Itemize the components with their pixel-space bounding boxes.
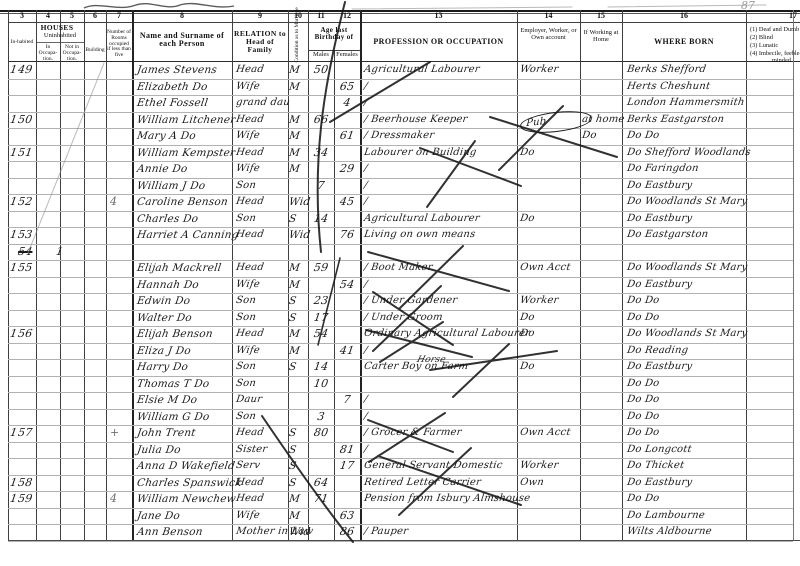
where-born-value: Do Faringdon xyxy=(626,161,752,178)
table-row: 1 51 William Kempster Head M 34 Labourer… xyxy=(8,145,793,163)
relation-value: Son xyxy=(235,376,291,393)
where-born-value: Do Eastbury xyxy=(626,277,752,294)
relation-header: RELATION to Head of Family xyxy=(234,30,286,54)
pencil-mark xyxy=(110,79,132,96)
employer-value: Own Acct xyxy=(519,425,581,442)
occupation-value: / Under Groom xyxy=(363,310,523,327)
where-born-value: Do Lambourne xyxy=(626,508,752,525)
person-name: John Trent xyxy=(136,425,234,442)
schedule-number: 54 xyxy=(17,244,49,261)
schedule-number xyxy=(17,310,49,327)
person-name: Harry Do xyxy=(136,359,234,376)
pencil-mark xyxy=(110,161,132,178)
where-born-value: Berks Eastgarston xyxy=(626,112,752,129)
at-home-value xyxy=(581,293,623,310)
in-occupation-header: In Occupa-tion. xyxy=(37,45,59,62)
relation-value: Son xyxy=(235,310,291,327)
condition-value: M xyxy=(288,343,310,360)
table-row: Hannah Do Wife M 54 / Do Eastbury xyxy=(8,277,793,295)
table-row: Ethel Fossell grand dau 4 / London Hamme… xyxy=(8,95,793,113)
person-name: Julia Do xyxy=(136,442,234,459)
table-row: 1 58 Charles Spanswick Head S 64 Retired… xyxy=(8,475,793,493)
relation-value: Son xyxy=(235,211,291,228)
schedule-number xyxy=(17,409,49,426)
uninhabited-mark xyxy=(55,277,77,294)
where-born-value: Do Do xyxy=(626,376,752,393)
relation-value: Wife xyxy=(235,79,291,96)
schedule-number xyxy=(17,376,49,393)
uninhabited-mark xyxy=(55,458,77,475)
table-row: 1 52 4 Caroline Benson Head Wid 45 / Do … xyxy=(8,194,793,212)
schedule-number: 57 xyxy=(17,425,49,442)
table-row: 1 56 Elijah Benson Head M 54 Ordinary Ag… xyxy=(8,326,793,344)
employer-value xyxy=(519,178,581,195)
condition-value: S xyxy=(288,310,310,327)
schedule-number xyxy=(17,442,49,459)
person-name: Mary A Do xyxy=(136,128,234,145)
occupation-value: / xyxy=(363,277,523,294)
table-row: Julia Do Sister S 81 / Do Longcott xyxy=(8,442,793,460)
relation-value: Head xyxy=(235,194,291,211)
relation-value: Head xyxy=(235,227,291,244)
relation-value: Daur xyxy=(235,392,291,409)
where-born-value: Do Do xyxy=(626,425,752,442)
schedule-number xyxy=(17,79,49,96)
at-home-value xyxy=(581,194,623,211)
pencil-mark xyxy=(110,442,132,459)
uninhabited-mark xyxy=(55,326,77,343)
at-home-value xyxy=(581,409,623,426)
where-born-value: Do Eastbury xyxy=(626,359,752,376)
age-male-value: 34 xyxy=(308,145,334,162)
uninhabited-mark xyxy=(55,112,77,129)
uninhabited-mark xyxy=(55,128,77,145)
condition-value: Wid xyxy=(288,194,310,211)
relation-value: Son xyxy=(235,409,291,426)
employer-value xyxy=(519,376,581,393)
age-male-value: 50 xyxy=(308,62,334,79)
age-female-value xyxy=(334,475,360,492)
condition-value: M xyxy=(288,62,310,79)
occupation-value: / Boot Maker xyxy=(363,260,523,277)
occupation-value: / xyxy=(363,409,523,426)
employer-value xyxy=(519,409,581,426)
name-header: Name and Surname of each Person xyxy=(134,32,230,49)
condition-value xyxy=(288,244,310,261)
relation-value: Wife xyxy=(235,277,291,294)
col-number-8: 8 xyxy=(132,12,232,22)
age-female-value: 17 xyxy=(334,458,360,475)
occupation-value: / xyxy=(363,95,523,112)
schedule-number xyxy=(17,178,49,195)
occupation-insert: Horse xyxy=(415,352,448,368)
age-female-value xyxy=(334,145,360,162)
pencil-mark xyxy=(110,260,132,277)
schedule-number: 59 xyxy=(17,491,49,508)
uninhabited-mark xyxy=(55,475,77,492)
age-female-value xyxy=(334,178,360,195)
age-male-value xyxy=(308,277,334,294)
at-home-value: Do xyxy=(581,128,623,145)
person-name: Harriet A Canning xyxy=(136,227,234,244)
age-male-value xyxy=(308,524,334,541)
condition-value xyxy=(288,392,310,409)
employer-value xyxy=(519,277,581,294)
infirmity-header: (1) Deaf and Dumb (2) Blind (3) Lunatic … xyxy=(750,26,800,65)
person-name xyxy=(136,244,234,261)
age-female-value: 45 xyxy=(334,194,360,211)
condition-value: M xyxy=(288,508,310,525)
employer-value: Own Acct xyxy=(519,260,581,277)
col-number-7: 7 xyxy=(106,12,132,22)
schedule-number xyxy=(17,293,49,310)
where-born-value: Wilts Aldbourne xyxy=(626,524,752,541)
age-male-value: 66 xyxy=(308,112,334,129)
at-home-value xyxy=(581,211,623,228)
profession-header: PROFESSION OR OCCUPATION xyxy=(362,38,515,46)
col-number-17: 17 xyxy=(746,12,800,22)
at-home-value xyxy=(581,458,623,475)
schedule-number xyxy=(17,211,49,228)
age-male-value: 64 xyxy=(308,475,334,492)
occupation-value: / xyxy=(363,194,523,211)
occupation-value: / xyxy=(363,392,523,409)
person-name: William Kempster xyxy=(136,145,234,162)
where-born-value: Do Woodlands St Mary xyxy=(626,326,752,343)
at-home-value xyxy=(581,145,623,162)
schedule-number xyxy=(17,524,49,541)
col-line xyxy=(793,10,794,540)
where-born-value: Do Woodlands St Mary xyxy=(626,260,752,277)
schedule-number: 52 xyxy=(17,194,49,211)
occupation-value: / Dressmaker xyxy=(363,128,523,145)
not-in-occupation-header: Not in Occupa-tion. xyxy=(61,45,83,62)
table-row: 1 55 Elijah Mackrell Head M 59 / Boot Ma… xyxy=(8,260,793,278)
uninhabited-header: Uninhabited xyxy=(36,33,84,40)
table-row: Thomas T Do Son 10 Do Do xyxy=(8,376,793,394)
age-female-value: 76 xyxy=(334,227,360,244)
condition-value xyxy=(288,376,310,393)
occupation-value: / xyxy=(363,79,523,96)
person-name: Elijah Mackrell xyxy=(136,260,234,277)
schedule-number xyxy=(17,359,49,376)
schedule-number xyxy=(17,343,49,360)
where-born-value: Do Thicket xyxy=(626,458,752,475)
pencil-mark: + xyxy=(110,425,132,442)
age-female-value xyxy=(334,62,360,79)
col-number-5: 5 xyxy=(60,12,84,22)
condition-value: S xyxy=(288,425,310,442)
uninhabited-mark xyxy=(55,161,77,178)
relation-value: Head xyxy=(235,112,291,129)
age-female-value: 29 xyxy=(334,161,360,178)
relation-value: Sister xyxy=(235,442,291,459)
table-row: Eliza J Do Wife M 41 / Do Reading xyxy=(8,343,793,361)
uninhabited-mark xyxy=(55,376,77,393)
col-number-6: 6 xyxy=(84,12,106,22)
table-row: Harry Do Son S 14 Carter Boy on FarmHors… xyxy=(8,359,793,377)
uninhabited-mark xyxy=(55,409,77,426)
occupation-value: Living on own means xyxy=(363,227,523,244)
pencil-mark xyxy=(110,145,132,162)
uninhabited-mark xyxy=(55,343,77,360)
person-name: Caroline Benson xyxy=(136,194,234,211)
at-home-value xyxy=(581,244,623,261)
where-born-value: Do Do xyxy=(626,409,752,426)
uninhabited-mark xyxy=(55,178,77,195)
relation-value: Head xyxy=(235,62,291,79)
at-home-value xyxy=(581,491,623,508)
schedule-number xyxy=(17,161,49,178)
age-female-value: 65 xyxy=(334,79,360,96)
table-row: Annie Do Wife M 29 / Do Faringdon xyxy=(8,161,793,179)
condition-value: M xyxy=(288,491,310,508)
condition-value: S xyxy=(288,359,310,376)
age-male-value: 54 xyxy=(308,326,334,343)
relation-value: Son xyxy=(235,293,291,310)
employer-value: Do xyxy=(519,326,581,343)
employer-value xyxy=(519,392,581,409)
age-male-value: 7 xyxy=(308,178,334,195)
at-home-value xyxy=(581,442,623,459)
pencil-mark xyxy=(110,244,132,261)
table-row: 1 50 William Litchener Head M 66 / Beerh… xyxy=(8,112,793,130)
employer-value xyxy=(519,194,581,211)
condition-value xyxy=(288,178,310,195)
person-name: Hannah Do xyxy=(136,277,234,294)
employer-value xyxy=(519,227,581,244)
pencil-mark xyxy=(110,95,132,112)
occupation-value: / Grocer & Farmer xyxy=(363,425,523,442)
pencil-mark xyxy=(110,326,132,343)
age-male-value xyxy=(308,244,334,261)
age-male-value xyxy=(308,392,334,409)
condition-value: M xyxy=(288,128,310,145)
age-male-value: 80 xyxy=(308,425,334,442)
pencil-mark xyxy=(110,277,132,294)
building-header: Building xyxy=(85,48,105,54)
relation-value: Son xyxy=(235,359,291,376)
condition-value: S xyxy=(288,458,310,475)
col-number-9: 9 xyxy=(232,12,288,22)
person-name: Ethel Fossell xyxy=(136,95,234,112)
relation-value: Head xyxy=(235,260,291,277)
condition-value: M xyxy=(288,326,310,343)
col-number-14: 14 xyxy=(517,12,580,22)
table-row: Mary A Do Wife M 61 / Dressmaker Do Do D… xyxy=(8,128,793,146)
col-number-12: 12 xyxy=(334,12,360,22)
uninhabited-mark xyxy=(55,227,77,244)
person-name: William J Do xyxy=(136,178,234,195)
pencil-mark: 4 xyxy=(110,194,132,211)
person-name: Elizabeth Do xyxy=(136,79,234,96)
condition-value: M xyxy=(288,161,310,178)
condition-value: Wid xyxy=(288,524,310,541)
where-born-value: Do Do xyxy=(626,491,752,508)
age-female-value xyxy=(334,211,360,228)
age-male-value xyxy=(308,227,334,244)
person-name: Charles Do xyxy=(136,211,234,228)
uninhabited-mark xyxy=(55,79,77,96)
age-female-value xyxy=(334,260,360,277)
houses-header: HOUSES xyxy=(8,24,106,32)
table-row: 1 57 + John Trent Head S 80 / Grocer & F… xyxy=(8,425,793,443)
schedule-number xyxy=(17,128,49,145)
uninhabited-mark xyxy=(55,491,77,508)
table-row: Elsie M Do Daur 7 / Do Do xyxy=(8,392,793,410)
employer-value xyxy=(519,442,581,459)
where-born-value: Herts Cheshunt xyxy=(626,79,752,96)
age-female-value: 63 xyxy=(334,508,360,525)
relation-value: Head xyxy=(235,145,291,162)
schedule-number xyxy=(17,392,49,409)
condition-value: M xyxy=(288,260,310,277)
occupation-value: / xyxy=(363,442,523,459)
condition-value: S xyxy=(288,293,310,310)
at-home-value xyxy=(581,392,623,409)
at-home-value xyxy=(581,178,623,195)
where-born-value: Do Woodlands St Mary xyxy=(626,194,752,211)
schedule-number: 50 xyxy=(17,112,49,129)
pencil-mark xyxy=(110,524,132,541)
age-female-value xyxy=(334,310,360,327)
age-female-value: 86 xyxy=(334,524,360,541)
schedule-number xyxy=(17,95,49,112)
age-male-value: 14 xyxy=(308,211,334,228)
at-home-value xyxy=(581,376,623,393)
table-row: Anna D Wakefield Serv S 17 General Serva… xyxy=(8,458,793,476)
pencil-mark xyxy=(110,293,132,310)
table-row: Edwin Do Son S 23 / Under Gardener Worke… xyxy=(8,293,793,311)
age-female-value: 4 xyxy=(334,95,360,112)
employer-value: Do xyxy=(519,145,581,162)
occupation-value: Retired Letter Carrier xyxy=(363,475,523,492)
uninhabited-mark xyxy=(55,310,77,327)
employer-value xyxy=(519,161,581,178)
age-male-value xyxy=(308,128,334,145)
pencil-mark xyxy=(110,62,132,79)
at-home-value xyxy=(581,310,623,327)
at-home-value xyxy=(581,425,623,442)
where-born-value: Do Eastbury xyxy=(626,211,752,228)
pencil-mark xyxy=(110,112,132,129)
pencil-mark xyxy=(110,475,132,492)
at-home-value xyxy=(581,79,623,96)
pencil-mark xyxy=(110,128,132,145)
condition-header: Condition as to Marriage xyxy=(295,5,301,65)
at-home-value xyxy=(581,508,623,525)
age-female-value xyxy=(334,244,360,261)
employer-value: Worker xyxy=(519,62,581,79)
schedule-number: 49 xyxy=(17,62,49,79)
age-header: Age last Birthday of xyxy=(310,27,358,42)
age-males-header: Males xyxy=(308,52,334,59)
employer-value xyxy=(519,343,581,360)
schedule-number xyxy=(17,458,49,475)
where-born-value: Berks Shefford xyxy=(626,62,752,79)
where-born-value xyxy=(626,244,752,261)
age-male-value xyxy=(308,161,334,178)
uninhabited-mark xyxy=(55,260,77,277)
occupation-value: / xyxy=(363,178,523,195)
occupation-value: / Under Gardener xyxy=(363,293,523,310)
where-born-value: London Hammersmith xyxy=(626,95,752,112)
rooms-header: Number of Rooms occupied if less than fi… xyxy=(107,30,131,59)
table-row: 1 59 4 William Newchew Head M 71 Pension… xyxy=(8,491,793,509)
occupation-value: / xyxy=(363,161,523,178)
condition-value: S xyxy=(288,211,310,228)
person-name: William Newchew xyxy=(136,491,234,508)
age-male-value xyxy=(308,508,334,525)
pencil-mark: 4 xyxy=(110,491,132,508)
employer-value: Worker xyxy=(519,293,581,310)
occupation-value: Agricultural Labourer xyxy=(363,62,523,79)
pencil-mark xyxy=(110,508,132,525)
age-female-value xyxy=(334,359,360,376)
employer-value: Do xyxy=(519,310,581,327)
employer-value xyxy=(519,128,581,145)
rows: 1 49 James Stevens Head M 50 Agricultura… xyxy=(8,62,793,541)
where-born-value: Do Do xyxy=(626,392,752,409)
table-row: William G Do Son 3 / Do Do xyxy=(8,409,793,427)
relation-value: Mother in Law xyxy=(235,524,291,541)
condition-value: S xyxy=(288,442,310,459)
occupation-value: Labourer on Building xyxy=(363,145,523,162)
table-row: Charles Do Son S 14 Agricultural Laboure… xyxy=(8,211,793,229)
condition-value: M xyxy=(288,145,310,162)
col-number-16: 16 xyxy=(622,12,746,22)
person-name: Charles Spanswick xyxy=(136,475,234,492)
age-female-value xyxy=(334,326,360,343)
condition-value: M xyxy=(288,112,310,129)
where-born-value: Do Longcott xyxy=(626,442,752,459)
col-number-3: 3 xyxy=(8,12,36,22)
person-name: Annie Do xyxy=(136,161,234,178)
at-home-value xyxy=(581,277,623,294)
table-row: Jane Do Wife M 63 Do Lambourne xyxy=(8,508,793,526)
person-name: Walter Do xyxy=(136,310,234,327)
at-home-value xyxy=(581,260,623,277)
at-home-value xyxy=(581,343,623,360)
person-name: William G Do xyxy=(136,409,234,426)
schedule-number: 53 xyxy=(17,227,49,244)
person-name: Elsie M Do xyxy=(136,392,234,409)
condition-value xyxy=(288,409,310,426)
table-row: Ann Benson Mother in Law Wid 86 / Pauper… xyxy=(8,524,793,542)
occupation-value: / Pauper xyxy=(363,524,523,541)
at-home-value xyxy=(581,475,623,492)
uninhabited-mark xyxy=(55,194,77,211)
occupation-value: Ordinary Agricultural Labourer xyxy=(363,326,523,343)
where-born-value: Do Reading xyxy=(626,343,752,360)
schedule-number: 51 xyxy=(17,145,49,162)
person-name: Thomas T Do xyxy=(136,376,234,393)
uninhabited-mark xyxy=(55,95,77,112)
person-name: Eliza J Do xyxy=(136,343,234,360)
age-male-value xyxy=(308,343,334,360)
uninhabited-mark xyxy=(55,508,77,525)
col-number-11: 11 xyxy=(308,12,334,22)
where-born-value: Do Eastbury xyxy=(626,475,752,492)
pencil-mark xyxy=(110,392,132,409)
age-male-value: 71 xyxy=(308,491,334,508)
uninhabited-mark: 1 xyxy=(55,244,77,261)
pencil-mark xyxy=(110,409,132,426)
person-name: James Stevens xyxy=(136,62,234,79)
age-female-value: 41 xyxy=(334,343,360,360)
person-name: Edwin Do xyxy=(136,293,234,310)
table-row: 1 49 James Stevens Head M 50 Agricultura… xyxy=(8,62,793,80)
